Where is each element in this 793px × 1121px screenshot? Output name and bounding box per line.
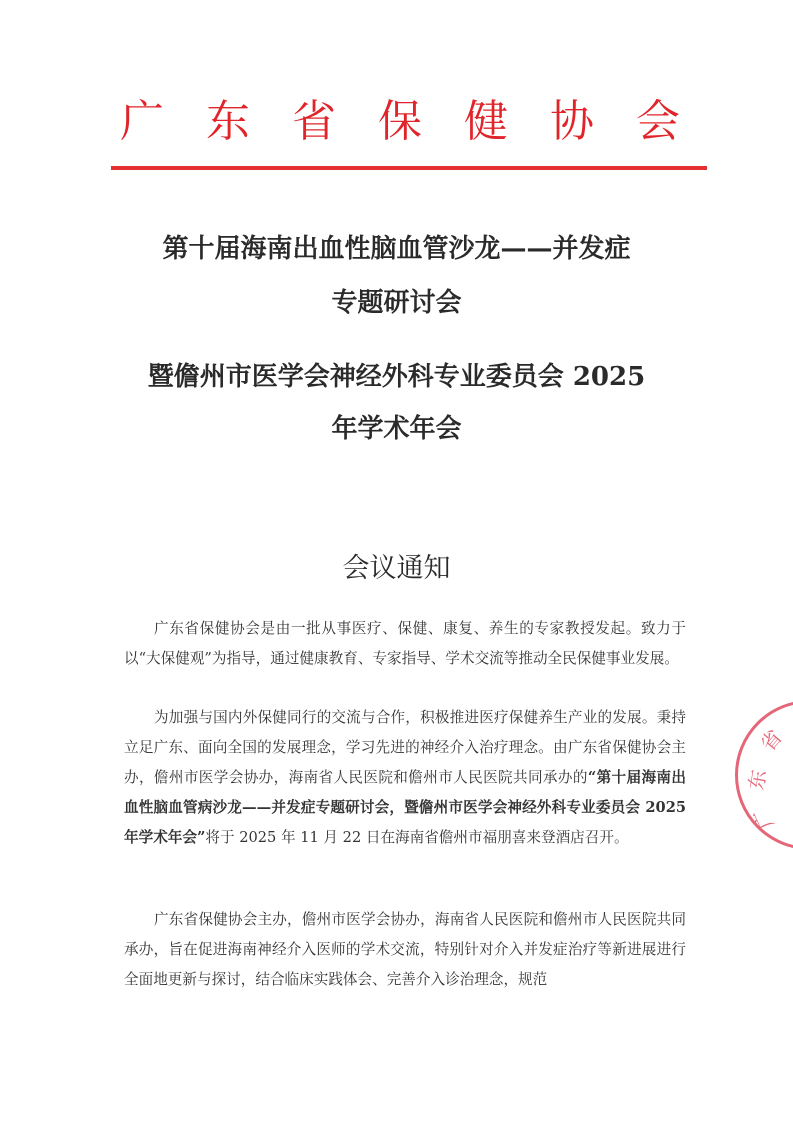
letterhead-char: 东	[206, 92, 250, 152]
letterhead-char: 协	[550, 92, 594, 152]
conference-title-line-2: 专题研讨会	[0, 282, 793, 319]
paragraph-intro: 广东省保健协会是由一批从事医疗、保健、康复、养生的专家教授发起。致力于以“大保健…	[124, 614, 686, 674]
seal-char: 广	[745, 804, 780, 834]
event-date-location: 将于 2025 年 11 月 22 日在海南省儋州市福朋喜来登酒店召开。	[205, 829, 628, 846]
notice-heading: 会议通知	[0, 546, 793, 585]
paragraph-event-announcement: 为加强与国内外保健同行的交流与合作，积极推进医疗保健养生产业的发展。秉持立足广东…	[124, 703, 686, 853]
letterhead-char: 会	[636, 92, 680, 152]
letterhead-char: 省	[292, 92, 336, 152]
letterhead-char: 健	[464, 92, 508, 152]
seal-char: 东	[740, 767, 772, 792]
conference-title-line-4: 年学术年会	[0, 408, 793, 445]
conference-title-line-3: 暨儋州市医学会神经外科专业委员会 2025	[0, 356, 793, 393]
letterhead-divider	[111, 166, 707, 170]
organization-letterhead: 广 东 省 保 健 协 会	[120, 92, 680, 152]
official-seal-stamp: 省 东 广	[735, 700, 793, 850]
paragraph-purpose: 广东省保健协会主办，儋州市医学会协办，海南省人民医院和儋州市人民医院共同承办，旨…	[124, 905, 686, 995]
letterhead-char: 保	[378, 92, 422, 152]
conference-title-line-1: 第十届海南出血性脑血管沙龙——并发症	[0, 228, 793, 265]
letterhead-char: 广	[120, 92, 164, 152]
seal-char: 省	[752, 723, 787, 757]
